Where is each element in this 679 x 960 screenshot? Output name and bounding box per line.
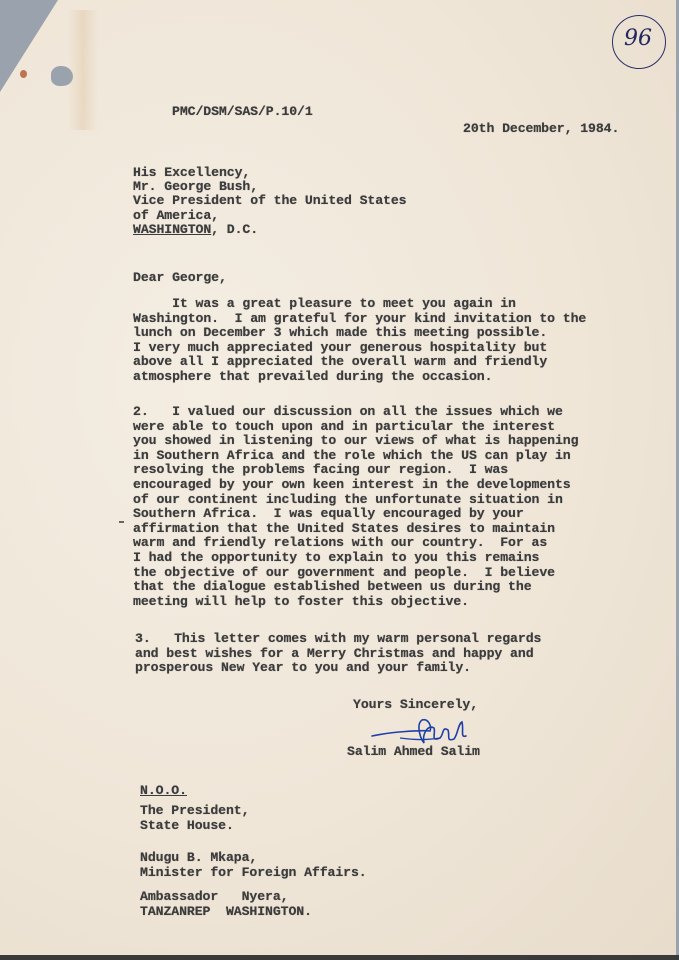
- paragraph-line: affirmation that the United States desir…: [133, 522, 578, 537]
- paragraph-line: that the dialogue established between us…: [133, 580, 578, 595]
- paragraph-line: of our continent including the unfortuna…: [133, 493, 578, 508]
- copy-recipient: Ndugu B. Mkapa, Minister for Foreign Aff…: [140, 850, 367, 880]
- paragraph-1: It was a great pleasure to meet you agai…: [133, 297, 586, 385]
- recipient-line: Ndugu B. Mkapa,: [140, 850, 367, 865]
- letter-page: 96 PMC/DSM/SAS/P.10/1 20th December, 198…: [0, 0, 676, 956]
- paragraph-line: Washington. I am grateful for your kind …: [133, 312, 586, 327]
- addressee-line: Mr. George Bush,: [133, 180, 406, 194]
- paragraph-line: you showed in listening to our views of …: [133, 434, 578, 449]
- addressee-line: His Excellency,: [133, 166, 406, 180]
- copies-heading: N.O.O.: [140, 784, 187, 799]
- paragraph-line: I very much appreciated your generous ho…: [133, 341, 586, 356]
- punch-hole: [51, 66, 73, 86]
- paragraph-line: lunch on December 3 which made this meet…: [133, 326, 586, 341]
- closing: Yours Sincerely,: [353, 698, 478, 713]
- paragraph-line: atmosphere that prevailed during the occ…: [133, 370, 586, 385]
- paragraph-line: I had the opportunity to explain to you …: [133, 551, 578, 566]
- paragraph-line: meeting will help to foster this objecti…: [133, 595, 578, 610]
- paragraph-line: above all I appreciated the overall warm…: [133, 355, 586, 370]
- paragraph-3: 3. This letter comes with my warm person…: [135, 632, 541, 676]
- letter-date: 20th December, 1984.: [463, 122, 619, 137]
- paragraph-line: were able to touch upon and in particula…: [133, 420, 578, 435]
- rust-stain: [20, 70, 27, 78]
- addressee-line: Vice President of the United States: [133, 194, 406, 208]
- signatory-name: Salim Ahmed Salim: [347, 745, 480, 760]
- paragraph-line: the objective of our government and peop…: [133, 566, 578, 581]
- paragraph-line: and best wishes for a Merry Christmas an…: [135, 647, 541, 662]
- paragraph-line: resolving the problems facing our region…: [133, 463, 578, 478]
- margin-mark: [119, 521, 124, 523]
- paragraph-line: 2. I valued our discussion on all the is…: [133, 405, 578, 420]
- copy-recipient: The President, State House.: [140, 803, 249, 833]
- paragraph-line: Southern Africa. I was equally encourage…: [133, 507, 578, 522]
- paragraph-2: 2. I valued our discussion on all the is…: [133, 405, 578, 609]
- paragraph-line: encouraged by your own keen interest in …: [133, 478, 578, 493]
- scan-bottom-edge: [0, 955, 679, 960]
- folio-number: 96: [624, 26, 652, 51]
- recipient-line: Ambassador Nyera,: [140, 889, 312, 904]
- recipient-line: TANZANREP WASHINGTON.: [140, 904, 312, 919]
- paragraph-line: 3. This letter comes with my warm person…: [135, 632, 541, 647]
- addressee-line: of America,: [133, 209, 406, 223]
- paragraph-line: warm and friendly relations with our cou…: [133, 536, 578, 551]
- paragraph-line: in Southern Africa and the role which th…: [133, 449, 578, 464]
- paragraph-line: prosperous New Year to you and your fami…: [135, 661, 541, 676]
- recipient-line: State House.: [140, 818, 249, 833]
- addressee-city: WASHINGTON: [133, 222, 211, 237]
- addressee-city-suffix: , D.C.: [211, 222, 258, 237]
- folio-number-circle: 96: [612, 15, 666, 69]
- reference-number: PMC/DSM/SAS/P.10/1: [172, 105, 313, 120]
- recipient-line: Minister for Foreign Affairs.: [140, 865, 367, 880]
- recipient-line: The President,: [140, 803, 249, 818]
- paragraph-line: It was a great pleasure to meet you agai…: [133, 297, 586, 312]
- copy-recipient: Ambassador Nyera, TANZANREP WASHINGTON.: [140, 889, 312, 919]
- salutation: Dear George,: [133, 271, 227, 286]
- addressee-city-line: WASHINGTON, D.C.: [133, 223, 406, 237]
- addressee-block: His Excellency, Mr. George Bush, Vice Pr…: [133, 166, 406, 237]
